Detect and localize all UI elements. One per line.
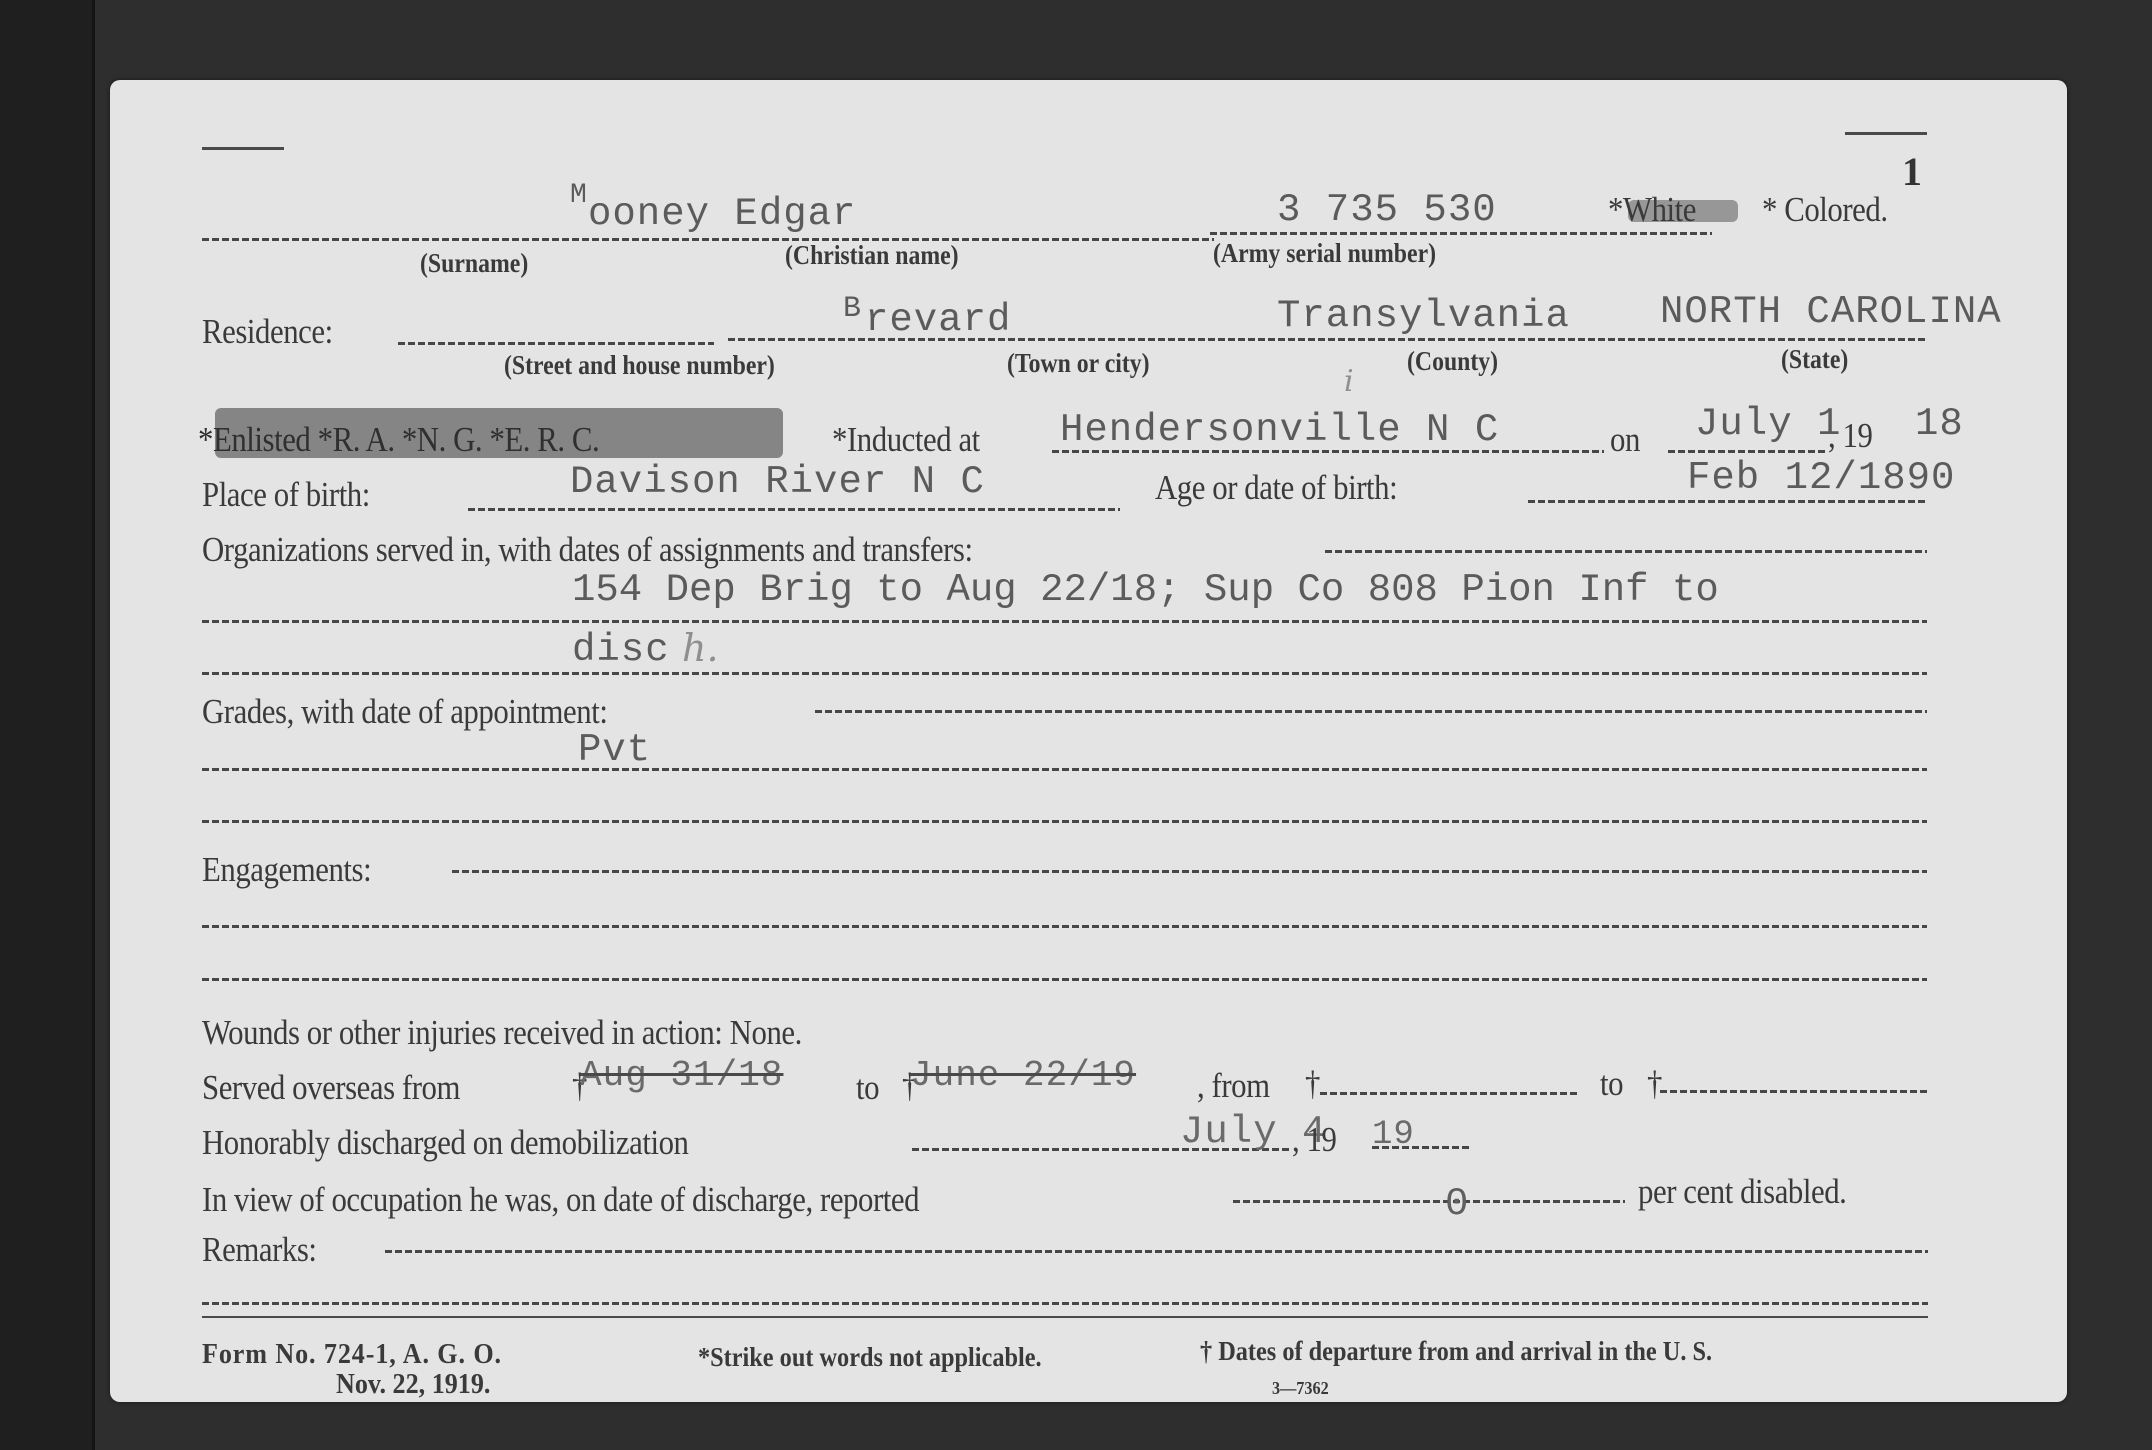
disability-line (1233, 1200, 1625, 1203)
state-value: NORTH CAROLINA (1660, 290, 2002, 334)
induction-year: 18 (1915, 402, 1964, 446)
soldier-name: ooney Edgar (588, 192, 856, 236)
overseas-from2-line (1320, 1092, 1578, 1095)
inducted-place-line (1052, 450, 1604, 453)
on-label: on (1610, 420, 1640, 460)
disability-value: 0 (1445, 1182, 1469, 1226)
army-serial-number: 3 735 530 (1277, 188, 1497, 232)
age-label: Age or date of birth: (1155, 468, 1397, 508)
serial-line (1210, 232, 1712, 235)
service-record-card: 1 M ooney Edgar (Surname) (Christian nam… (110, 80, 2067, 1402)
overseas-to-date: June 22/19 (910, 1055, 1136, 1096)
race-option-white: *White (1608, 190, 1696, 230)
race-option-colored: * Colored. (1762, 190, 1888, 230)
grades-label: Grades, with date of appointment: (202, 692, 607, 732)
overseas-to2-label: to (1600, 1064, 1623, 1104)
overseas-from2-label: , from (1197, 1066, 1270, 1106)
organizations-line-0 (1325, 550, 1927, 553)
form-date: Nov. 22, 1919. (336, 1368, 490, 1401)
organizations-label: Organizations served in, with dates of a… (202, 530, 973, 570)
induction-year-prefix: , 19 (1828, 416, 1872, 456)
grades-value: Pvt (578, 728, 651, 772)
engagements-label: Engagements: (202, 850, 371, 890)
induction-date: July 1 (1695, 402, 1841, 446)
top-right-rule (1845, 132, 1927, 135)
microfilm-left-border (0, 0, 95, 1450)
overseas-label: Served overseas from (202, 1068, 460, 1108)
organizations-rule-1 (202, 620, 1927, 623)
form-number: Form No. 724-1, A. G. O. (202, 1338, 502, 1371)
town-value: revard (865, 298, 1011, 342)
town-initial: B (843, 292, 862, 326)
overseas-from-date: Aug 31/18 (580, 1055, 783, 1096)
dagger-note: † Dates of departure from and arrival in… (1200, 1336, 1712, 1367)
age-line (1528, 500, 1928, 503)
state-caption: (State) (1781, 344, 1848, 375)
county-value: Transylvania (1277, 294, 1570, 338)
grades-rule-2 (202, 820, 1927, 823)
street-line (398, 342, 714, 345)
place-of-birth-value: Davison River N C (570, 460, 985, 504)
discharge-year-line (1372, 1146, 1472, 1149)
engagements-line-0 (452, 870, 1927, 873)
county-caption: (County) (1407, 346, 1498, 377)
overseas-dagger-4: † (1647, 1064, 1662, 1104)
discharge-year-prefix: , 19 (1292, 1120, 1336, 1160)
print-code: 3—7362 (1272, 1378, 1329, 1399)
age-value: Feb 12/1890 (1687, 456, 1955, 500)
name-line (202, 238, 1214, 241)
footer-divider (202, 1316, 1928, 1318)
discharge-label: Honorably discharged on demobilization (202, 1123, 689, 1163)
town-caption: (Town or city) (1007, 348, 1150, 379)
disability-suffix: per cent disabled. (1638, 1172, 1846, 1212)
organizations-line-2: disc (572, 628, 670, 672)
handwritten-i-correction: i (1344, 364, 1354, 399)
overseas-to-label: to (856, 1068, 879, 1108)
grades-rule-1 (202, 768, 1927, 771)
place-of-birth-line (468, 508, 1120, 511)
engagements-rule-1 (202, 925, 1927, 928)
inducted-place: Hendersonville N C (1060, 408, 1499, 452)
remarks-line-0 (385, 1250, 1928, 1253)
wounds-label: Wounds or other injuries received in act… (202, 1013, 802, 1053)
overseas-to2-line (1660, 1090, 1928, 1093)
remarks-label: Remarks: (202, 1230, 317, 1270)
residence-label: Residence: (202, 312, 333, 352)
inducted-label: *Inducted at (832, 420, 980, 460)
enlistment-options: *Enlisted *R. A. *N. G. *E. R. C. (198, 420, 599, 460)
overseas-dagger-3: † (1305, 1064, 1320, 1104)
remarks-rule-1 (202, 1302, 1928, 1305)
christian-name-caption: (Christian name) (785, 240, 959, 271)
disability-label: In view of occupation he was, on date of… (202, 1180, 919, 1220)
grades-line-0 (815, 710, 1927, 713)
strike-out-note: *Strike out words not applicable. (698, 1342, 1042, 1373)
induction-date-line (1668, 450, 1828, 453)
top-left-rule (202, 147, 284, 150)
engagements-rule-2 (202, 978, 1927, 981)
place-of-birth-label: Place of birth: (202, 475, 370, 515)
organizations-rule-2 (202, 672, 1927, 675)
street-caption: (Street and house number) (504, 350, 775, 381)
organizations-line-1: 154 Dep Brig to Aug 22/18; Sup Co 808 Pi… (572, 568, 1719, 612)
surname-initial: M (570, 180, 588, 211)
page-number: 1 (1902, 148, 1922, 195)
organizations-handwritten: h. (682, 626, 719, 670)
surname-caption: (Surname) (420, 248, 528, 279)
serial-caption: (Army serial number) (1213, 238, 1436, 269)
